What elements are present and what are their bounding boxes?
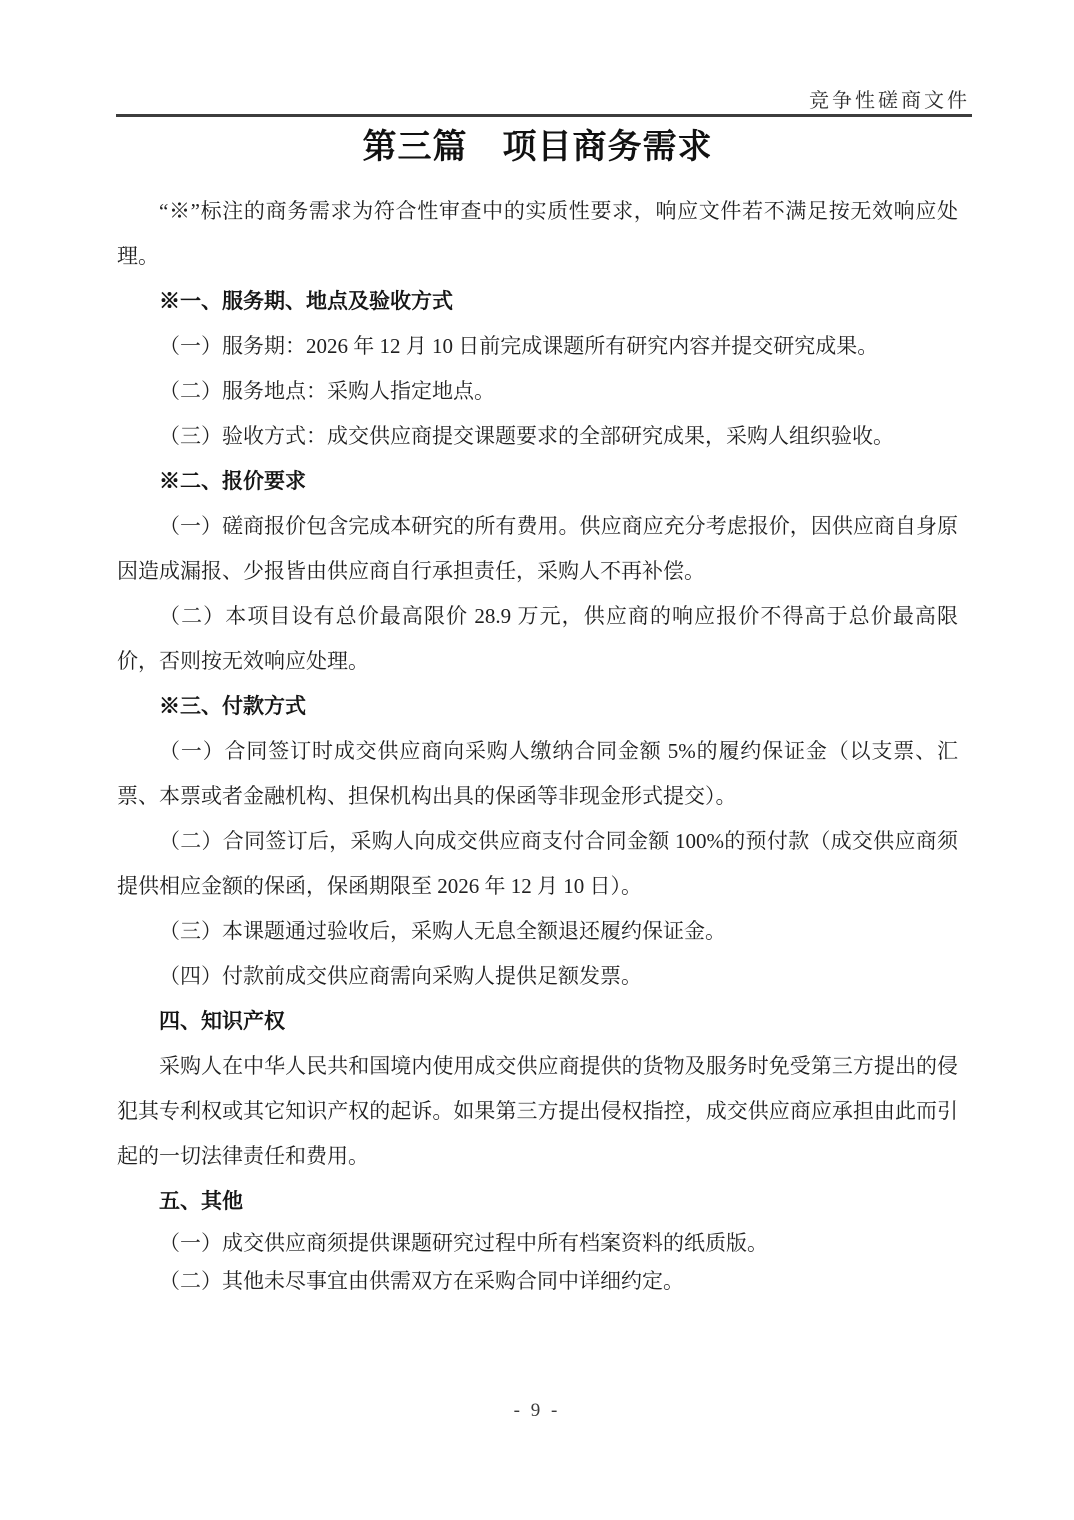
section-1-heading: ※一、服务期、地点及验收方式 [117, 279, 958, 324]
section-5-item-1: （一）成交供应商须提供课题研究过程中所有档案资料的纸质版。 [117, 1224, 958, 1262]
page-title: 第三篇 项目商务需求 [117, 124, 958, 172]
section-4-heading: 四、知识产权 [117, 999, 958, 1044]
running-header: 竞争性磋商文件 [809, 84, 970, 113]
section-3-item-2: （二）合同签订后，采购人向成交供应商支付合同金额 100%的预付款（成交供应商须… [117, 819, 958, 909]
page-number: - 9 - [0, 1400, 1074, 1422]
section-3-item-1: （一）合同签订时成交供应商向采购人缴纳合同金额 5%的履约保证金（以支票、汇票、… [117, 729, 958, 819]
section-2-heading: ※二、报价要求 [117, 459, 958, 504]
section-5-heading: 五、其他 [117, 1179, 958, 1224]
header-rule [116, 114, 972, 117]
section-1-item-3: （三）验收方式：成交供应商提交课题要求的全部研究成果，采购人组织验收。 [117, 414, 958, 459]
section-1-item-1: （一）服务期：2026 年 12 月 10 日前完成课题所有研究内容并提交研究成… [117, 324, 958, 369]
section-4-paragraph: 采购人在中华人民共和国境内使用成交供应商提供的货物及服务时免受第三方提出的侵犯其… [117, 1044, 958, 1179]
intro-paragraph: “※”标注的商务需求为符合性审查中的实质性要求，响应文件若不满足按无效响应处理。 [117, 189, 958, 279]
document-page: 竞争性磋商文件 第三篇 项目商务需求 “※”标注的商务需求为符合性审查中的实质性… [0, 0, 1074, 1520]
section-3-heading: ※三、付款方式 [117, 684, 958, 729]
section-5-item-2: （二）其他未尽事宜由供需双方在采购合同中详细约定。 [117, 1262, 958, 1300]
section-3-item-4: （四）付款前成交供应商需向采购人提供足额发票。 [117, 954, 958, 999]
section-2-item-2: （二）本项目设有总价最高限价 28.9 万元，供应商的响应报价不得高于总价最高限… [117, 594, 958, 684]
section-3-item-3: （三）本课题通过验收后，采购人无息全额退还履约保证金。 [117, 909, 958, 954]
section-1-item-2: （二）服务地点：采购人指定地点。 [117, 369, 958, 414]
section-2-item-1: （一）磋商报价包含完成本研究的所有费用。供应商应充分考虑报价，因供应商自身原因造… [117, 504, 958, 594]
document-body: 第三篇 项目商务需求 “※”标注的商务需求为符合性审查中的实质性要求，响应文件若… [117, 124, 958, 1300]
